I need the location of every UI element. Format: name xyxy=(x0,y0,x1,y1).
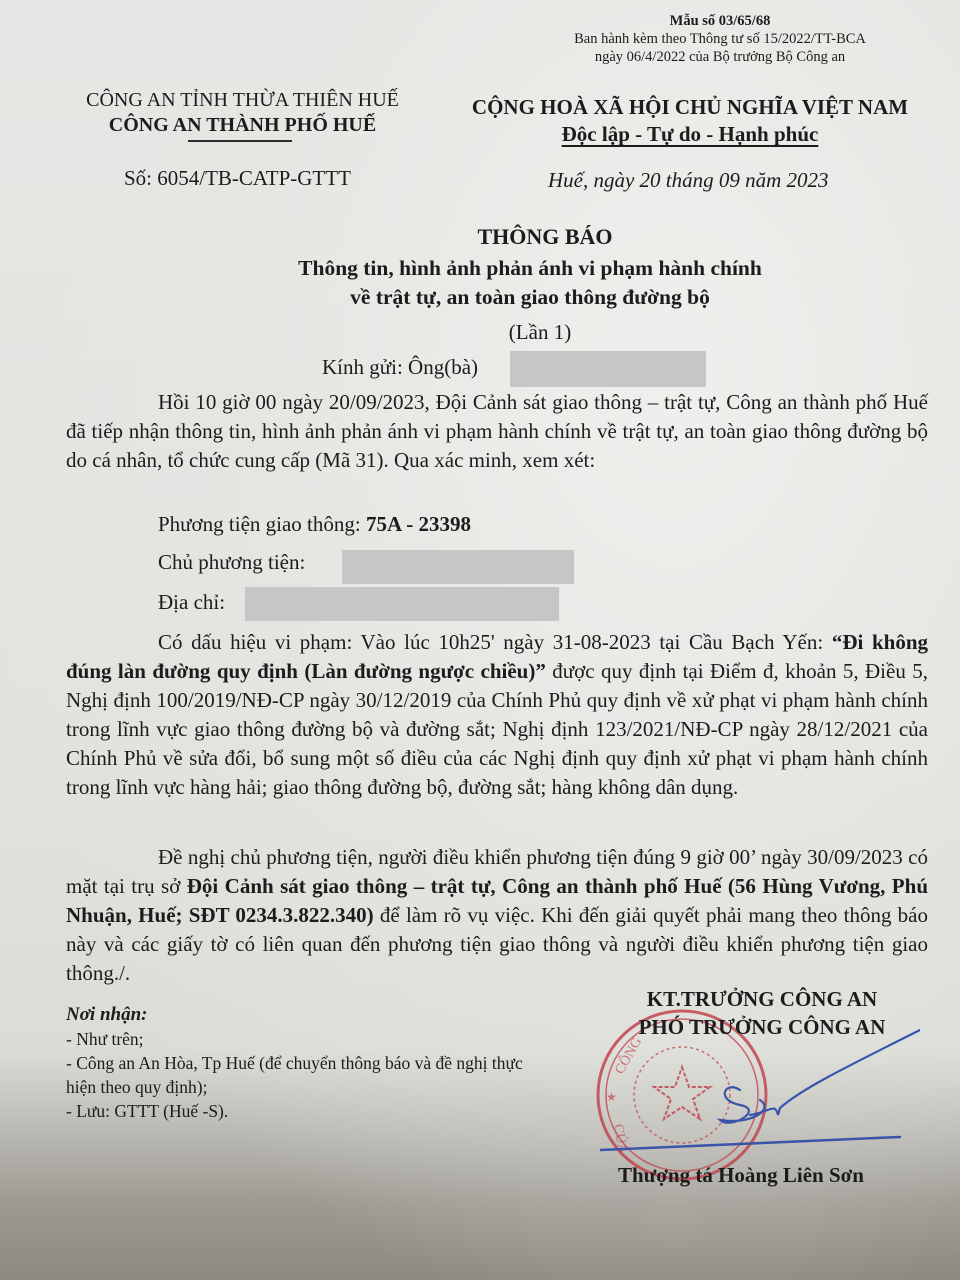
signer-title-2: PHÓ TRƯỞNG CÔNG AN xyxy=(612,1013,912,1041)
national-motto: Độc lập - Tự do - Hạnh phúc xyxy=(455,120,925,148)
issuer-unit: CÔNG AN THÀNH PHỐ HUẾ xyxy=(50,112,435,138)
recipient-item: - Như trên; xyxy=(66,1027,536,1051)
redacted-recipient-name xyxy=(510,351,706,387)
issuer-header: CÔNG AN TỈNH THỪA THIÊN HUẾ CÔNG AN THÀN… xyxy=(50,88,435,138)
address-label: Địa chỉ: xyxy=(158,590,225,615)
redacted-address xyxy=(245,587,559,621)
issuer-parent: CÔNG AN TỈNH THỪA THIÊN HUẾ xyxy=(50,88,435,112)
vehicle-field: Phương tiện giao thông: 75A - 23398 xyxy=(158,512,471,537)
notice-iteration: (Lần 1) xyxy=(0,320,960,345)
recipients-list: Nơi nhận: - Như trên; - Công an An Hòa, … xyxy=(66,1003,536,1123)
document-subtitle-1: Thông tin, hình ảnh phản ánh vi phạm hàn… xyxy=(0,256,960,281)
document-subtitle-2: về trật tự, an toàn giao thông đường bộ xyxy=(0,285,960,310)
issuer-underline xyxy=(188,140,292,142)
violation-paragraph: Có dấu hiệu vi phạm: Vào lúc 10h25' ngày… xyxy=(66,628,928,802)
recipient-label: Kính gửi: Ông(bà) xyxy=(322,355,478,380)
document-date: Huế, ngày 20 tháng 09 năm 2023 xyxy=(548,168,829,193)
redacted-owner-name xyxy=(342,550,574,584)
document-page: Mẫu số 03/65/68 Ban hành kèm theo Thông … xyxy=(0,0,960,1280)
vehicle-label: Phương tiện giao thông: xyxy=(158,512,366,536)
vehicle-plate: 75A - 23398 xyxy=(366,512,471,536)
form-issued-date: ngày 06/4/2022 của Bộ trưởng Bộ Công an xyxy=(520,48,920,66)
recipient-item: - Công an An Hòa, Tp Huế (để chuyển thôn… xyxy=(66,1051,536,1099)
owner-label: Chủ phương tiện: xyxy=(158,550,305,575)
signer-title-1: KT.TRƯỞNG CÔNG AN xyxy=(612,985,912,1013)
handwritten-signature-icon xyxy=(600,1020,920,1160)
national-header: CỘNG HOÀ XÃ HỘI CHỦ NGHĨA VIỆT NAM Độc l… xyxy=(455,94,925,148)
form-issued-by: Ban hành kèm theo Thông tư số 15/2022/TT… xyxy=(520,30,920,48)
recipient-item: - Lưu: GTTT (Huế -S). xyxy=(66,1099,536,1123)
form-code-block: Mẫu số 03/65/68 Ban hành kèm theo Thông … xyxy=(520,12,920,66)
document-title: THÔNG BÁO xyxy=(0,224,960,250)
intro-paragraph: Hồi 10 giờ 00 ngày 20/09/2023, Đội Cảnh … xyxy=(66,388,928,475)
national-name: CỘNG HOÀ XÃ HỘI CHỦ NGHĨA VIỆT NAM xyxy=(455,94,925,120)
recipients-heading: Nơi nhận: xyxy=(66,1003,536,1027)
signature-block: KT.TRƯỞNG CÔNG AN PHÓ TRƯỞNG CÔNG AN xyxy=(612,985,912,1041)
form-number: Mẫu số 03/65/68 xyxy=(520,12,920,30)
document-number: Số: 6054/TB-CATP-GTTT xyxy=(124,166,351,191)
signer-name: Thượng tá Hoàng Liên Sơn xyxy=(618,1163,864,1188)
request-paragraph: Đề nghị chủ phương tiện, người điều khiể… xyxy=(66,843,928,988)
